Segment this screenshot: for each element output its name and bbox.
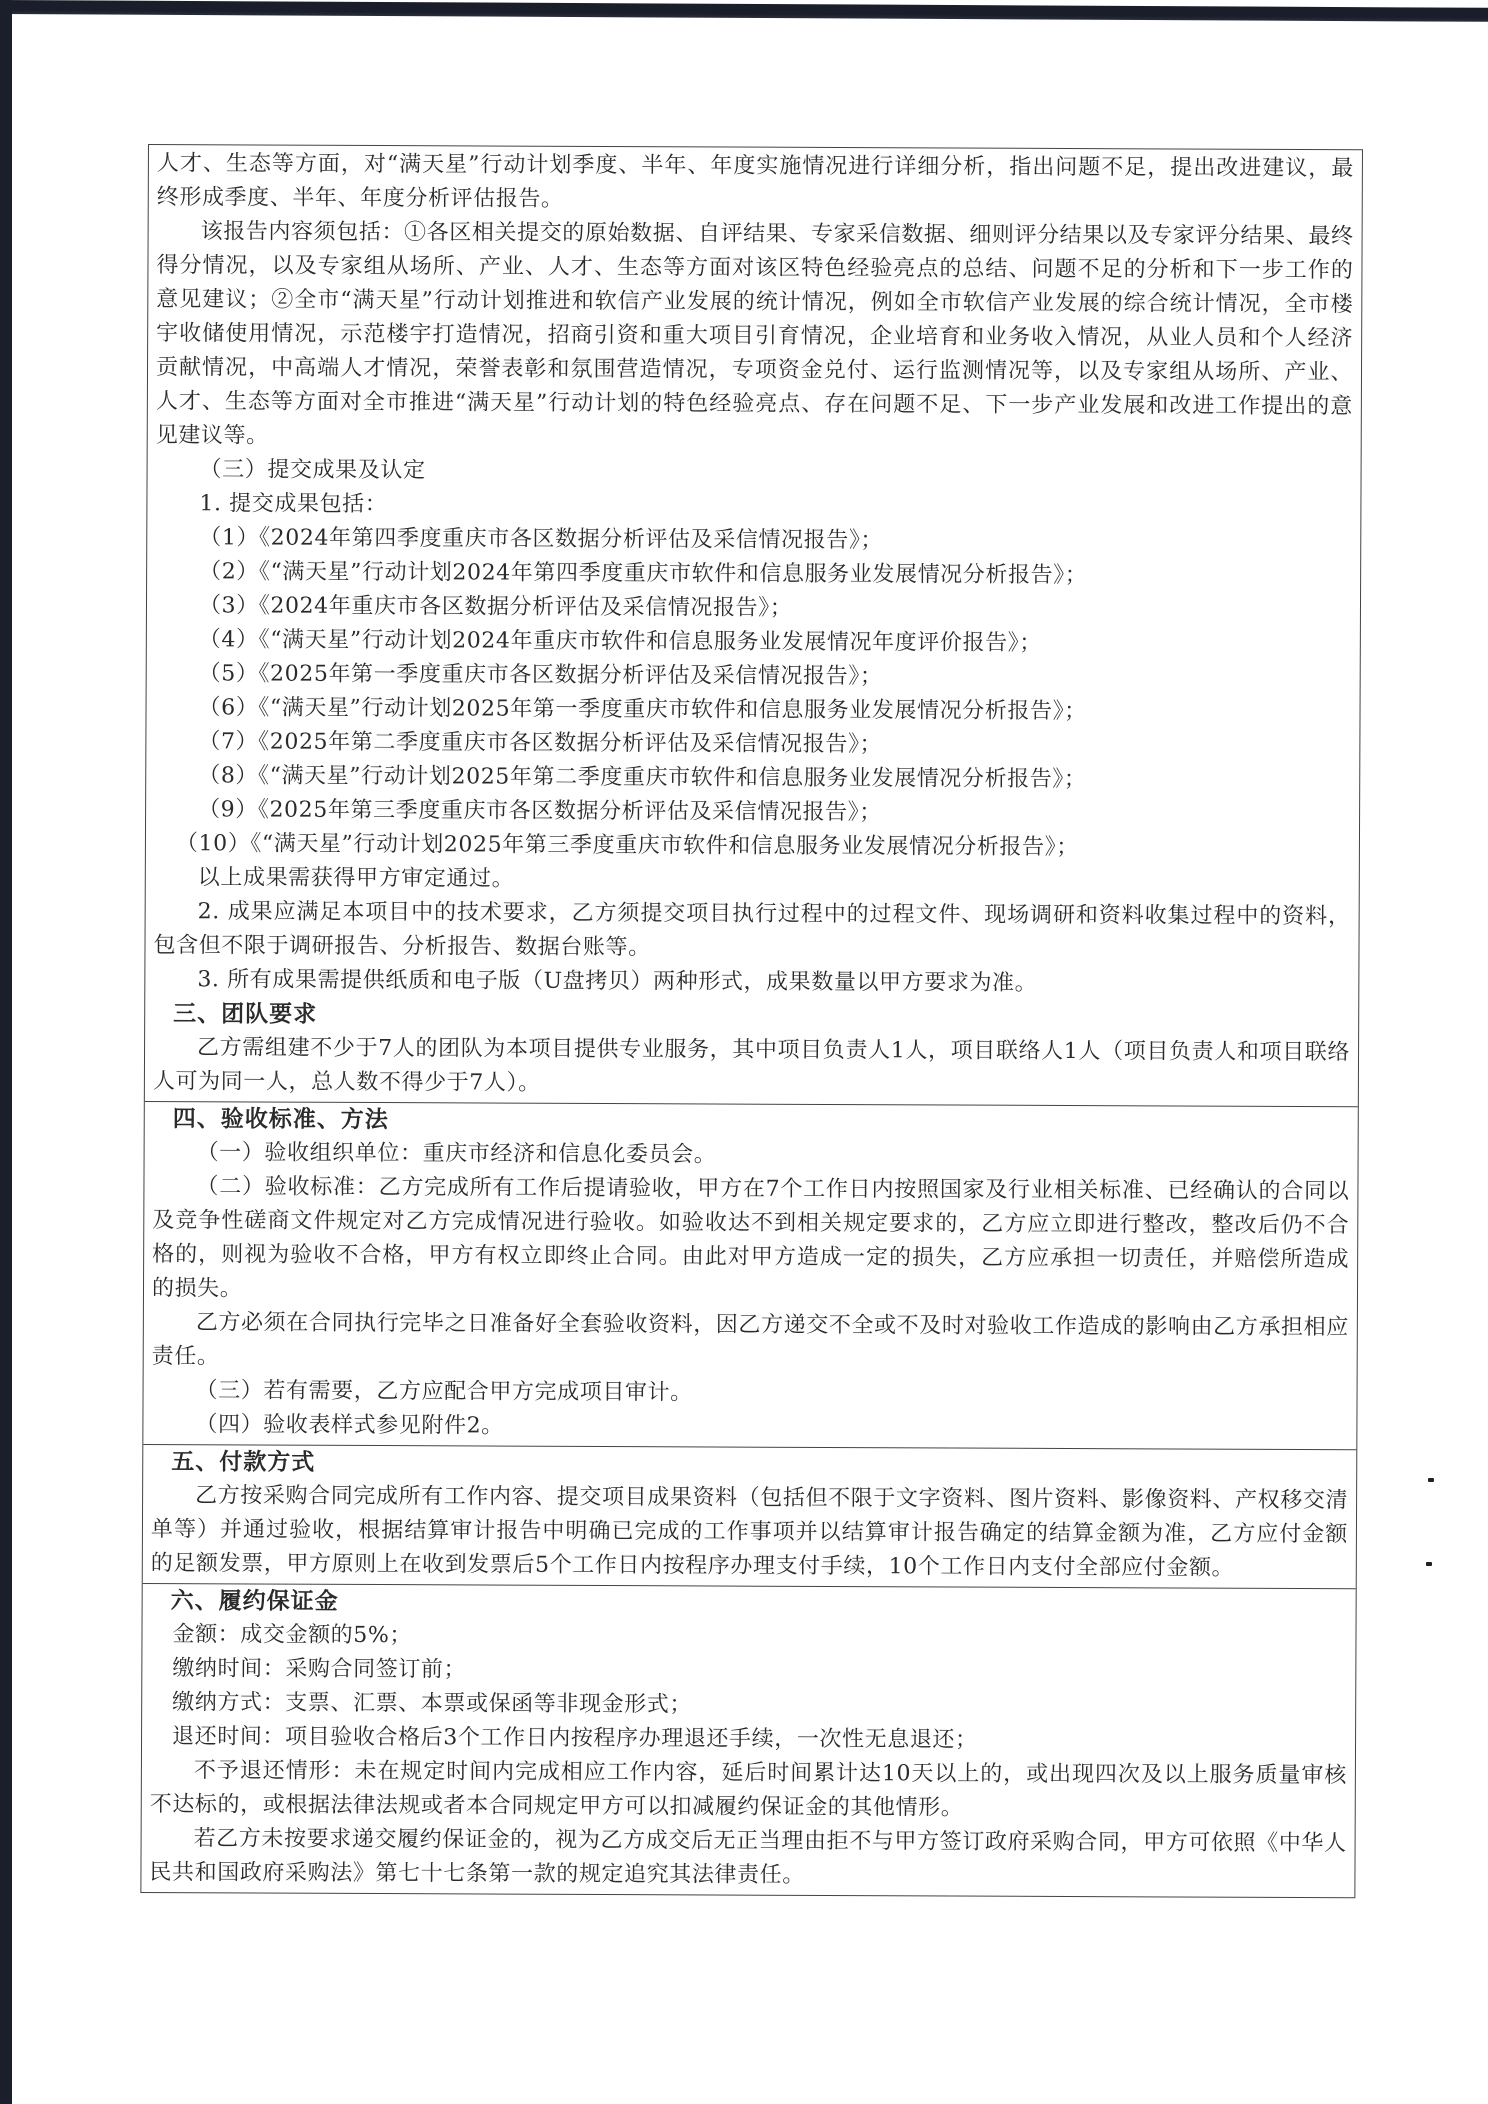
approval-note: 以上成果需获得甲方审定通过。 bbox=[154, 861, 1351, 900]
deliverable-item: （6）《“满天星”行动计划2025年第一季度重庆市软件和信息服务业发展情况分析报… bbox=[154, 691, 1351, 730]
deliverable-item: （5）《2025年第一季度重庆市各区数据分析评估及采信情况报告》； bbox=[155, 657, 1352, 696]
section-3-heading: 三、团队要求 bbox=[153, 997, 1350, 1036]
deliverable-item: （7）《2025年第二季度重庆市各区数据分析评估及采信情况报告》； bbox=[154, 725, 1351, 764]
deposit-return-time: 退还时间：项目验收合格后3个工作日内按程序办理退还手续，一次性无息退还； bbox=[150, 1720, 1347, 1759]
deliverable-item: （4）《“满天星”行动计划2024年重庆市软件和信息服务业发展情况年度评价报告》… bbox=[155, 623, 1352, 662]
deliverable-item: （10）《“满天星”行动计划2025年第三季度重庆市软件和信息服务业发展情况分析… bbox=[154, 827, 1351, 866]
section-acceptance-cell: 四、验收标准、方法 （一）验收组织单位：重庆市经济和信息化委员会。 （二）验收标… bbox=[143, 1102, 1357, 1450]
deliverables-requirement-3: 3. 所有成果需提供纸质和电子版（U盘拷贝）两种形式，成果数量以甲方要求为准。 bbox=[153, 963, 1350, 1002]
section-deliverables-cell: 人才、生态等方面，对“满天星”行动计划季度、半年、年度实施情况进行详细分析，指出… bbox=[145, 145, 1362, 1107]
section-deposit-cell: 六、履约保证金 金额：成交金额的5%； 缴纳时间：采购合同签订前； 缴纳方式：支… bbox=[141, 1584, 1355, 1897]
scan-dust-mark bbox=[1426, 1562, 1432, 1566]
deposit-pay-time: 缴纳时间：采购合同签订前； bbox=[150, 1652, 1347, 1691]
section-payment-cell: 五、付款方式 乙方按采购合同完成所有工作内容、提交项目成果资料（包括但不限于文字… bbox=[143, 1445, 1357, 1589]
contract-table: 人才、生态等方面，对“满天星”行动计划季度、半年、年度实施情况进行详细分析，指出… bbox=[140, 144, 1363, 1898]
scan-edge-left bbox=[0, 0, 12, 2104]
deliverables-list: （1）《2024年第四季度重庆市各区数据分析评估及采信情况报告》； （2）《“满… bbox=[154, 521, 1352, 866]
subheading-deliverables: （三）提交成果及认定 bbox=[156, 453, 1353, 492]
deliverable-item: （1）《2024年第四季度重庆市各区数据分析评估及采信情况报告》； bbox=[155, 521, 1352, 560]
section-4-heading: 四、验收标准、方法 bbox=[153, 1102, 1350, 1141]
acceptance-standard: （二）验收标准：乙方完成所有工作后提请验收，甲方在7个工作日内按照国家及行业相关… bbox=[152, 1170, 1350, 1311]
payment-terms-paragraph: 乙方按采购合同完成所有工作内容、提交项目成果资料（包括但不限于文字资料、图片资料… bbox=[151, 1479, 1348, 1586]
deposit-amount: 金额：成交金额的5%； bbox=[150, 1618, 1347, 1657]
deliverable-item: （9）《2025年第三季度重庆市各区数据分析评估及采信情况报告》； bbox=[154, 793, 1351, 832]
paragraph-report-contents: 该报告内容须包括：①各区相关提交的原始数据、自评结果、专家采信数据、细则评分结果… bbox=[156, 215, 1354, 458]
acceptance-audit: （三）若有需要，乙方应配合甲方完成项目审计。 bbox=[151, 1374, 1348, 1413]
deliverable-item: （2）《“满天星”行动计划2024年第四季度重庆市软件和信息服务业发展情况分析报… bbox=[155, 555, 1352, 594]
section-5-heading: 五、付款方式 bbox=[151, 1445, 1348, 1484]
scan-dust-mark bbox=[1428, 1478, 1434, 1482]
team-requirement-paragraph: 乙方需组建不少于7人的团队为本项目提供专业服务，其中项目负责人1人，项目联络人1… bbox=[153, 1031, 1350, 1104]
acceptance-materials: 乙方必须在合同执行完毕之日准备好全套验收资料，因乙方递交不全或不及时对验收工作造… bbox=[152, 1306, 1349, 1379]
deliverables-requirement-2: 2. 成果应满足本项目中的技术要求，乙方须提交项目执行过程中的过程文件、现场调研… bbox=[153, 895, 1350, 968]
section-6-heading: 六、履约保证金 bbox=[151, 1584, 1348, 1623]
scan-edge-top bbox=[0, 0, 1488, 22]
acceptance-form-reference: （四）验收表样式参见附件2。 bbox=[151, 1408, 1348, 1447]
paragraph-analysis-intro: 人才、生态等方面，对“满天星”行动计划季度、半年、年度实施情况进行详细分析，指出… bbox=[157, 147, 1354, 220]
deposit-no-return-conditions: 不予退还情形：未在规定时间内完成相应工作内容，延后时间累计达10天以上的，或出现… bbox=[150, 1754, 1347, 1827]
deliverable-item: （8）《“满天星”行动计划2025年第二季度重庆市软件和信息服务业发展情况分析报… bbox=[154, 759, 1351, 798]
acceptance-organizer: （一）验收组织单位：重庆市经济和信息化委员会。 bbox=[153, 1136, 1350, 1175]
deliverables-intro: 1. 提交成果包括： bbox=[155, 487, 1352, 526]
deposit-penalty: 若乙方未按要求递交履约保证金的，视为乙方成交后无正当理由拒不与甲方签订政府采购合… bbox=[149, 1822, 1346, 1895]
deliverable-item: （3）《2024年重庆市各区数据分析评估及采信情况报告》； bbox=[155, 589, 1352, 628]
deposit-pay-method: 缴纳方式：支票、汇票、本票或保函等非现金形式； bbox=[150, 1686, 1347, 1725]
